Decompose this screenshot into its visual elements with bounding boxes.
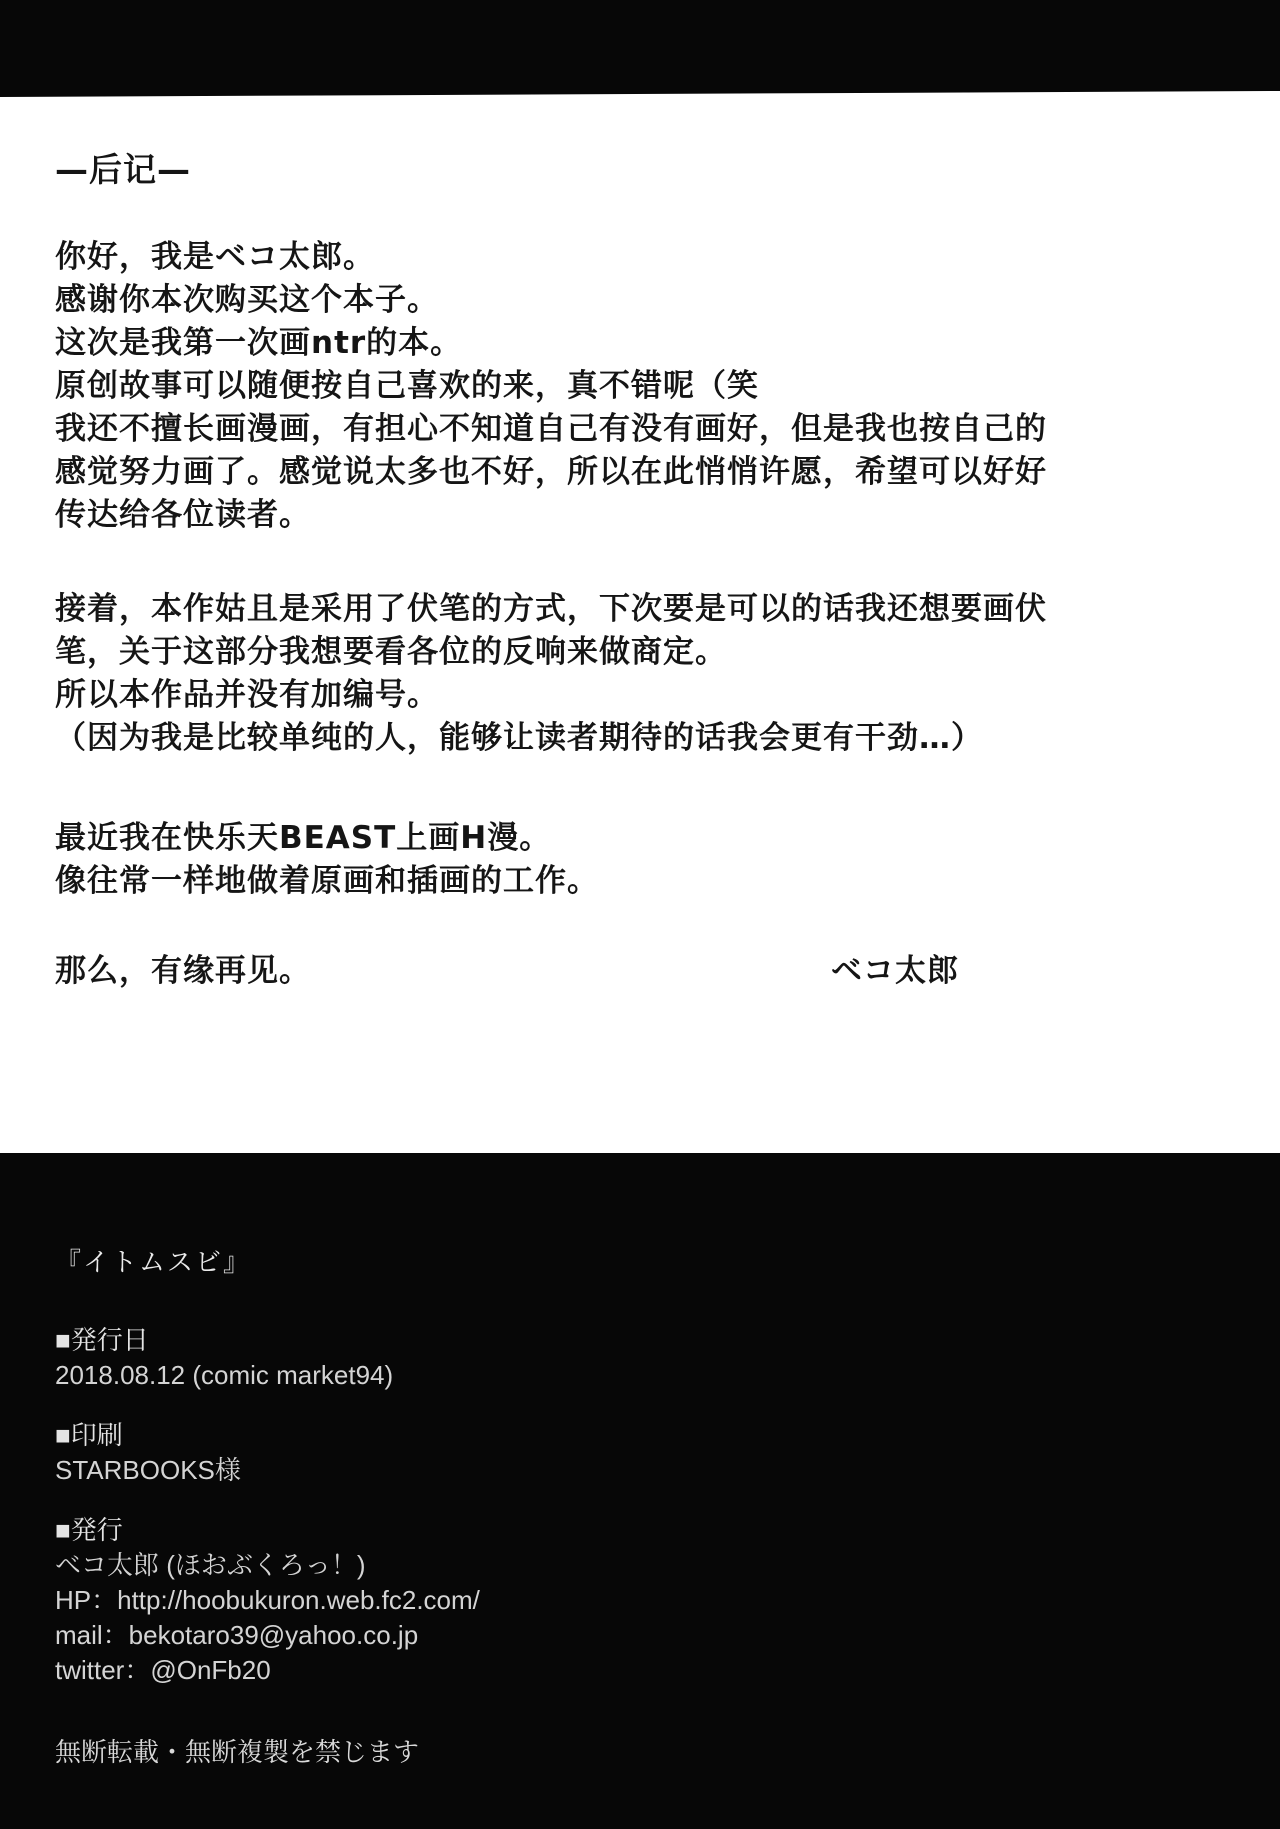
publisher-twitter: twitter：@OnFb20 <box>55 1653 480 1688</box>
colophon-publisher: ■発行 ベコ太郎 (ほおぶくろっ！) HP：http://hoobukuron.… <box>55 1513 480 1688</box>
afterword-paragraph-3: 最近我在快乐天BEAST上画H漫。 像往常一样地做着原画和插画的工作。 <box>55 817 599 903</box>
afterword-line: 原创故事可以随便按自己喜欢的来，真不错呢（笑 <box>55 365 1047 408</box>
printer-heading: ■印刷 <box>55 1418 241 1453</box>
colophon-publish-date: ■発行日 2018.08.12 (comic market94) <box>55 1323 393 1393</box>
publisher-name: ベコ太郎 (ほおぶくろっ！) <box>55 1548 480 1583</box>
colophon-printer: ■印刷 STARBOOKS様 <box>55 1418 241 1488</box>
afterword-line: 你好，我是ベコ太郎。 <box>55 236 1047 279</box>
scanned-afterword-page: —后记— 你好，我是ベコ太郎。 感谢你本次购买这个本子。 这次是我第一次画ntr… <box>0 0 1280 1829</box>
closing-text: 那么，有缘再见。 <box>55 953 311 989</box>
afterword-line: 我还不擅长画漫画，有担心不知道自己有没有画好，但是我也按自己的 <box>55 408 1047 451</box>
doujin-title: 『イトムスビ』 <box>55 1245 251 1280</box>
closing-line: 那么，有缘再见。 ベコ太郎 <box>55 950 1155 993</box>
afterword-title: —后记— <box>55 148 191 191</box>
author-signature: ベコ太郎 <box>831 950 959 993</box>
afterword-paragraph-1: 你好，我是ベコ太郎。 感谢你本次购买这个本子。 这次是我第一次画ntr的本。 原… <box>55 236 1047 537</box>
printer-value: STARBOOKS様 <box>55 1453 241 1488</box>
colophon-section: 『イトムスビ』 ■発行日 2018.08.12 (comic market94)… <box>0 1153 1280 1829</box>
afterword-line: 这次是我第一次画ntr的本。 <box>55 322 1047 365</box>
afterword-line: 传达给各位读者。 <box>55 494 1047 537</box>
afterword-line: 接着，本作姑且是采用了伏笔的方式，下次要是可以的话我还想要画伏 <box>55 588 1047 631</box>
afterword-line: 感谢你本次购买这个本子。 <box>55 279 1047 322</box>
afterword-line: 所以本作品并没有加编号。 <box>55 674 1047 717</box>
copyright-notice: 無断転載・無断複製を禁じます <box>55 1735 419 1770</box>
afterword-line: 最近我在快乐天BEAST上画H漫。 <box>55 817 599 860</box>
top-scan-black-bar <box>0 0 1280 98</box>
publish-date-heading: ■発行日 <box>55 1323 393 1358</box>
publisher-mail: mail：bekotaro39@yahoo.co.jp <box>55 1618 480 1653</box>
afterword-paragraph-2: 接着，本作姑且是采用了伏笔的方式，下次要是可以的话我还想要画伏 笔，关于这部分我… <box>55 588 1047 760</box>
publish-date-value: 2018.08.12 (comic market94) <box>55 1358 393 1393</box>
publisher-homepage: HP：http://hoobukuron.web.fc2.com/ <box>55 1583 480 1618</box>
afterword-line: （因为我是比较单纯的人，能够让读者期待的话我会更有干劲…） <box>55 717 1047 760</box>
afterword-line: 感觉努力画了。感觉说太多也不好，所以在此悄悄许愿，希望可以好好 <box>55 451 1047 494</box>
afterword-line: 像往常一样地做着原画和插画的工作。 <box>55 860 599 903</box>
afterword-line: 笔，关于这部分我想要看各位的反响来做商定。 <box>55 631 1047 674</box>
publisher-heading: ■発行 <box>55 1513 480 1548</box>
